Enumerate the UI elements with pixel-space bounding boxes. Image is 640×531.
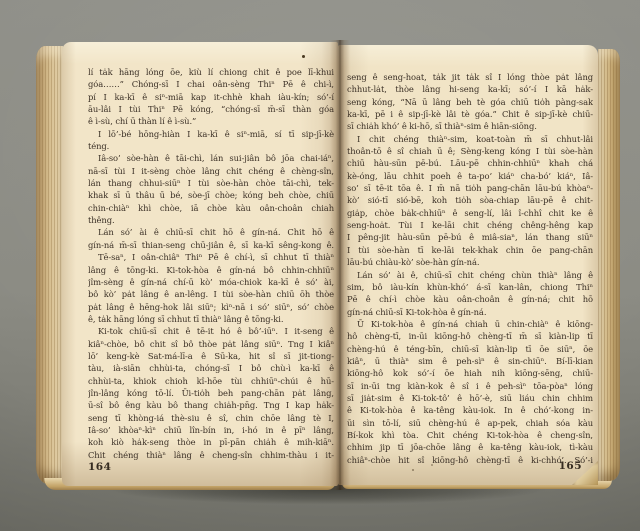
text-line: I chit chéng thiàⁿ-sim, koat-toàn m̄ sī … [347, 133, 593, 145]
text-line: chhut-lȧt, thòe lâng hi-seng ka-kī; só’-… [347, 83, 593, 95]
text-line: góa……” Chóng-sī I chai oân-sèng Thiⁿ Pē … [88, 78, 334, 90]
text-line: pȧt lâng ê hēng-hok lâi siūⁿ; kìⁿ-nā i s… [88, 301, 334, 313]
page-stack-edge-right [598, 49, 620, 481]
text-line: chhùi-ta, khiok chioh kî-hōe tùi chhiūⁿ-… [88, 375, 334, 387]
text-line: Iâ-so’ khòaⁿ-kìⁿ chiū lîn-bín in, i-hó i… [88, 424, 334, 436]
text-line: sī chiȧh khó’ ê ki-hō, sī thiàⁿ-sim ê hi… [347, 120, 593, 132]
text-line: sim, bô iàu-kín khùn-khó’ á-sī kan-lân, … [347, 281, 593, 293]
text-line: Pē ê chí-ì chòe kàu oân-choân ê gín-ná; … [347, 293, 593, 305]
text-line: kiōng-hô kok só’-í ōe hiah nih kiōng-sēn… [347, 367, 593, 379]
text-line: ê ì-sù, chí ū thàn lí ê ì-sù.” [88, 115, 334, 127]
text-line: giȧp, chòe bȧk-chhiūⁿ ê seng-lí, lâi î-c… [347, 207, 593, 219]
text-line: I pêng-jit hàu-sūn pē-bú ê miâ-siaⁿ, lán… [347, 231, 593, 243]
text-line: tàu, ià-siān chhùi-ta, chóng-sī I bô chù… [88, 362, 334, 374]
text-line: ê Ki-tok-hòa ê ka-têng kàu-iok. In ê chó… [347, 404, 593, 416]
text-line: chhim jip tī jōa-chōe lâng ê ka-têng kàu… [347, 441, 593, 453]
text-line: seng kóng, “Nā ū lâng beh tè góa chiū ti… [347, 96, 593, 108]
text-line: seng-hoȧt. Tùi I ke-lāi chit chéng chêng… [347, 219, 593, 231]
text-line: Ki-tok chiū-sī chit ê tē-it hó ê bô’-iūⁿ… [88, 325, 334, 337]
text-line: hô chèng-tī, in-ūi kiōng-hô chèng-tī m̄ … [347, 330, 593, 342]
text-line: chin-chiàⁿ khì chòe, iā chòe kàu oân-cho… [88, 202, 334, 214]
page-stack-edge-left [36, 46, 63, 484]
paper-speck [412, 469, 414, 471]
text-line: jîn-lâng kóng tō-lí. Ūi-tiȯh beh pang-ch… [88, 387, 334, 399]
paper-speck [302, 55, 305, 58]
text-line: thêng. [88, 214, 334, 226]
text-line: sī in-ūi tng kiàn-kok ê sî i ê peh-sìⁿ t… [347, 380, 593, 392]
text-line: Ū Ki-tok-hòa ê gín-ná chiah ū chin-chiàⁿ… [347, 318, 593, 330]
text-line: téng. [88, 140, 334, 152]
text-line: sī jiȧt-sim ê Ki-tok-tô’ ê hō’-è, siū li… [347, 392, 593, 404]
text-line: lō’ keng-kè Sat-má-lī-a ê Sū-ka, hit sî … [88, 350, 334, 362]
text-line: gín-ná m̄-sī thian-seng chū-jiân ê, sī k… [88, 239, 334, 251]
text-line: Lán só’ ài ê chiū-sī chit hō ê gín-ná. C… [88, 226, 334, 238]
text-line: ka-kī, pē i ê sip-jī-kè lâi tè góa.” Chi… [347, 108, 593, 120]
text-line: seng tī khòng-iá thè-siu ê sî, chin chōe… [88, 412, 334, 424]
page-number-right: 165 [559, 460, 582, 472]
page-right-text: seng ê seng-hoat, tȧk jit tȧk sî I lóng … [347, 71, 593, 466]
text-line: Iâ-so’ sòe-hàn ê tāi-chì, lán sui-jiân b… [88, 152, 334, 164]
text-line: I tùi sòe-hàn tī ke-lāi tek-khak chin ōe… [347, 244, 593, 256]
page-number-left: 164 [88, 461, 111, 473]
text-line: Chit chéng thiàⁿ lâng ê cheng-sîn chhim-… [88, 449, 334, 461]
text-line: lán thang chhui-siūⁿ I tùi sòe-hàn chòe … [88, 177, 334, 189]
text-line: seng ê seng-hoat, tȧk jit tȧk sî I lóng … [347, 71, 593, 83]
text-line: kè-óng, lāu chhit poeh ê ta-po’ kiáⁿ cha… [347, 170, 593, 182]
text-line: ū-sî bô êng kàu bô thang chiȧh-pn̄g. Tng… [88, 399, 334, 411]
text-line: chèng-hú ê téng-bīn, chiū-sī kiàn-lip tī… [347, 343, 593, 355]
text-line: so’ sī tē-it tōa ê. I m̄ nā tiȯh pang-ch… [347, 182, 593, 194]
book-photo-scene: lí tȧk hāng lóng ōe, kiù lí chiong chit … [0, 0, 640, 531]
text-line: ūi sìn tō-lí, siū chèng-hú ê ap-pek, chi… [347, 417, 593, 429]
text-line: I lō’-bé hōng-hiàn I ka-kī ê siⁿ-miā, sí… [88, 128, 334, 140]
text-line: khak sī ū thâu ū bé, sòe-jī chòe; kóng b… [88, 189, 334, 201]
text-line: lāu-bú chiàu-kò’ sòe-hàn gín-ná. [347, 256, 593, 268]
text-line: thoân-tō ê sî chiah ū ê; Sèng-keng kóng … [347, 145, 593, 157]
page-left-text: lí tȧk hāng lóng ōe, kiù lí chiong chit … [88, 66, 334, 461]
text-line: chiū hàu-sūn pē-bú. Lāu-pē chhin-chhiūⁿ … [347, 157, 593, 169]
text-line: bô kò’ pȧt lâng ê an-lêng. I tùi sòe-hàn… [88, 288, 334, 300]
text-line: Tē-saⁿ, I oân-chiâⁿ Thiⁿ Pē ê chí-ì, sī … [88, 251, 334, 263]
text-line: kiâⁿ, ū thiàⁿ sim ê peh-sìⁿ ê sin-chiūⁿ.… [347, 355, 593, 367]
text-line: gín-ná chiū-sī Ki-tok-hòa ê gín-ná. [347, 306, 593, 318]
text-line: koh kiò hȧk-seng thòe in pī-pān chiȧh ê … [88, 436, 334, 448]
text-line: kò’ sió-tī sió-bē, koh tiȯh sòa-chiap lā… [347, 194, 593, 206]
open-book: lí tȧk hāng lóng ōe, kiù lí chiong chit … [36, 40, 622, 492]
page-right: seng ê seng-hoat, tȧk jit tȧk sî I lóng … [338, 45, 598, 485]
page-left: lí tȧk hāng lóng ōe, kiù lí chiong chit … [62, 42, 338, 486]
text-line: lí tȧk hāng lóng ōe, kiù lí chiong chit … [88, 66, 334, 78]
text-line: chiâⁿ-chòe hit sî kiōng-hô chèng-tī ê ki… [347, 454, 593, 466]
text-line: pí I ka-kī ê siⁿ-miā kap it-chhè khah ià… [88, 91, 334, 103]
text-line: ê, tȧk hāng lóng sī chhut tī thiàⁿ lâng … [88, 313, 334, 325]
text-line: Lán só’ ài ê, chiū-sī chit chéng chùn th… [347, 269, 593, 281]
text-line: lâng ê tōng-ki. Ki-tok-hòa ê gín-ná bô c… [88, 264, 334, 276]
text-line: jîm-sèng ê gín-ná chí-ū kò’ móa-chiok ka… [88, 276, 334, 288]
text-line: nā-sī tùi I it-sèng chòe lâng chit chéng… [88, 165, 334, 177]
paper-speck [431, 464, 433, 466]
text-line: āu-lâi I tùi Thiⁿ Pē kóng, “chóng-sī m̄-… [88, 103, 334, 115]
text-line: Bí-kok khì tòa. Chit chéng Ki-tok-hòa ê … [347, 429, 593, 441]
text-line: kiâⁿ-chòe, bô chit sî bô thòe pȧt lâng s… [88, 338, 334, 350]
